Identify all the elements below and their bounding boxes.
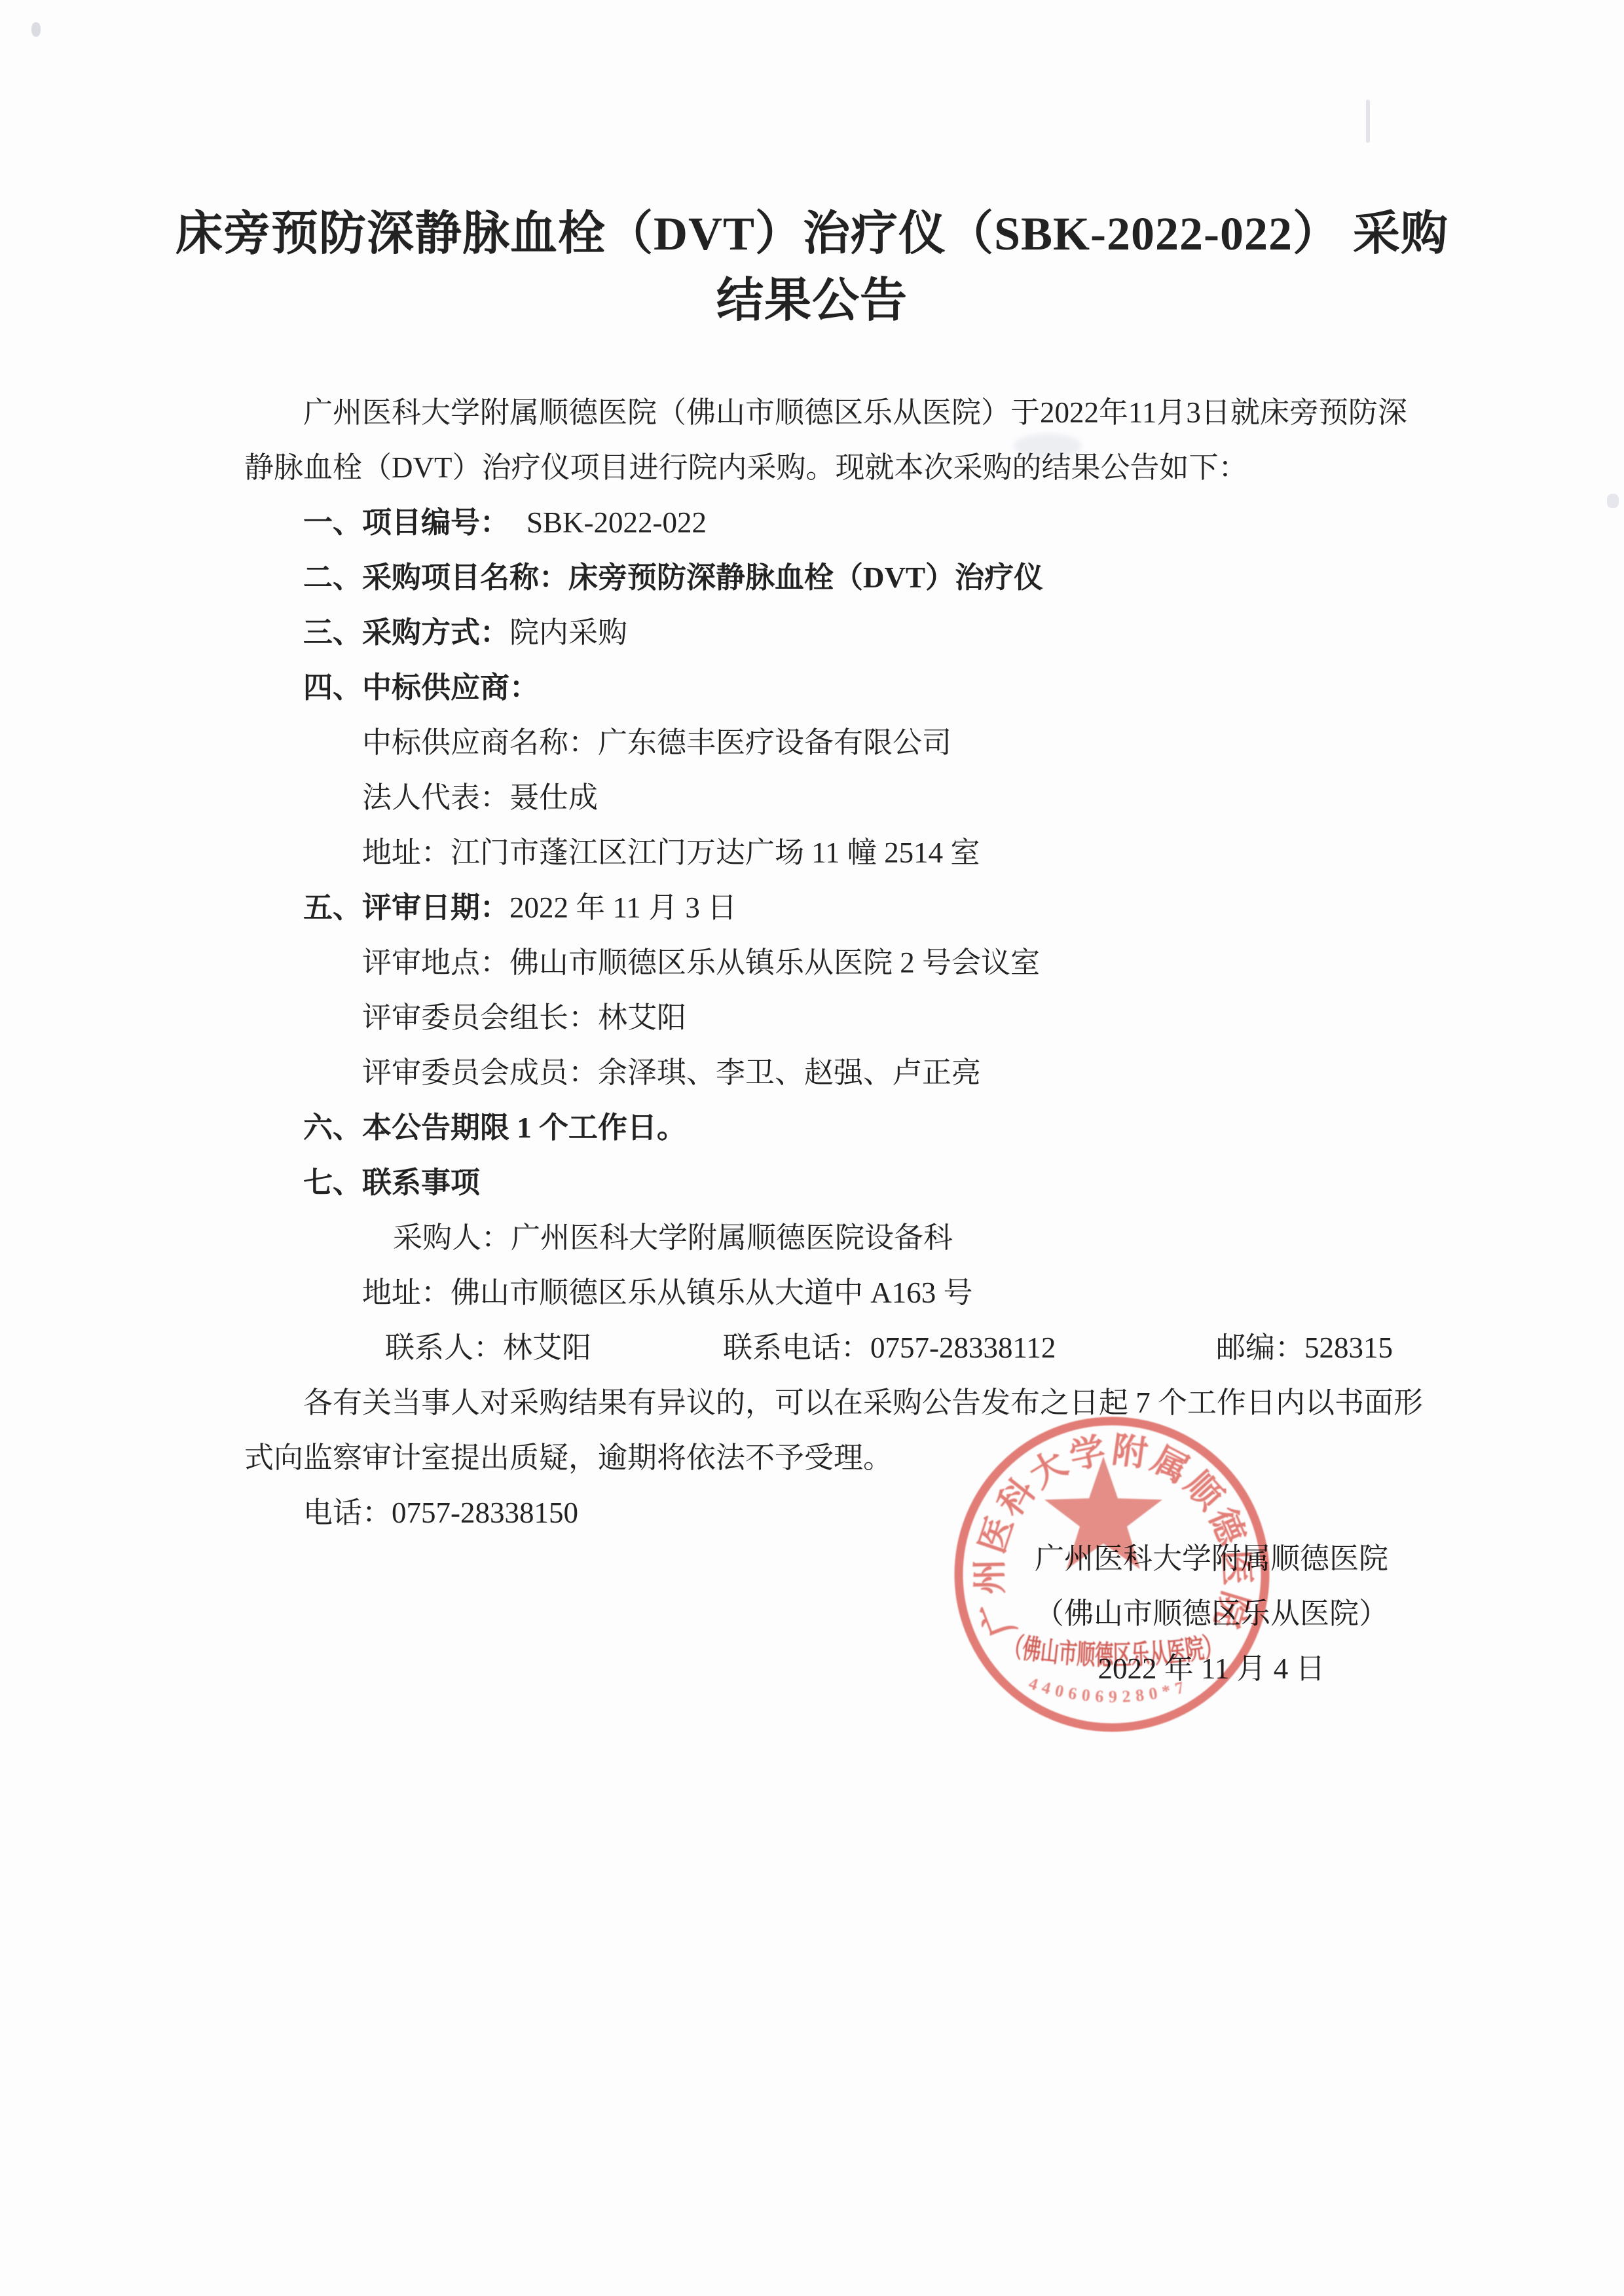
intro-text: 静脉血栓（DVT）治疗仪项目进行院内采购。现就本次采购的结果公告如下： — [244, 451, 1248, 484]
item-label: 四、中标供应商： — [303, 671, 539, 704]
item-label: 五、评审日期： — [303, 891, 509, 924]
review-place-line: 评审地点：佛山市顺德区乐从镇乐从医院 2 号会议室 — [244, 935, 1403, 990]
item-procurement-method: 三、采购方式：院内采购 — [244, 605, 1403, 660]
committee-chief: 评审委员会组长：林艾阳 — [362, 1001, 686, 1034]
objection-text: 式向监察审计室提出质疑，逾期将依法不予受理。 — [244, 1441, 893, 1474]
legal-representative: 法人代表：聂仕成 — [362, 781, 598, 814]
scan-artifact — [1366, 100, 1370, 143]
review-place: 评审地点：佛山市顺德区乐从镇乐从医院 2 号会议室 — [362, 946, 1040, 979]
item-winning-supplier: 四、中标供应商： — [244, 660, 1403, 715]
intro-text: 广州医科大学附属顺德医院（佛山市顺德区乐从医院）于2022年11月3日就床旁预防… — [303, 396, 1407, 429]
scan-artifact — [1607, 494, 1619, 508]
item-value: 院内采购 — [509, 616, 627, 649]
item-text: 六、本公告期限 1 个工作日。 — [303, 1111, 686, 1144]
buyer-address-line: 地址：佛山市顺德区乐从镇乐从大道中 A163 号 — [244, 1265, 1403, 1320]
document-title: 床旁预防深静脉血栓（DVT）治疗仪（SBK-2022-022） 采购 结果公告 — [0, 200, 1624, 334]
supplier-name: 中标供应商名称：广东德丰医疗设备有限公司 — [362, 726, 951, 759]
item-value: 2022 年 11 月 3 日 — [509, 891, 737, 924]
seal-serial-number: 4406069280*7 — [1027, 1674, 1191, 1707]
item-contact-matters: 七、联系事项 — [244, 1155, 1403, 1210]
item-label: 三、采购方式： — [303, 616, 509, 649]
item-label: 一、项目编号： — [303, 506, 509, 539]
postal-code: 邮编：528315 — [1216, 1320, 1393, 1375]
document-body: 广州医科大学附属顺德医院（佛山市顺德区乐从医院）于2022年11月3日就床旁预防… — [244, 385, 1403, 1540]
official-seal-stamp: 广州医科大学附属顺德医院 （佛山市顺德区乐从医院） 4406069280*7 — [943, 1404, 1283, 1745]
item-review-date: 五、评审日期：2022 年 11 月 3 日 — [244, 880, 1403, 935]
objection-phone: 电话：0757-28338150 — [303, 1496, 578, 1529]
committee-chief-line: 评审委员会组长：林艾阳 — [244, 990, 1403, 1045]
buyer-address: 地址：佛山市顺德区乐从镇乐从大道中 A163 号 — [362, 1276, 973, 1309]
committee-members-line: 评审委员会成员：余泽琪、李卫、赵强、卢正亮 — [244, 1045, 1403, 1100]
scan-artifact — [31, 22, 41, 37]
item-value: SBK-2022-022 — [526, 506, 707, 539]
seal-inner-text: （佛山市顺德区乐从医院） — [1002, 1631, 1225, 1671]
contact-phone: 联系电话：0757-28338112 — [723, 1320, 1056, 1375]
buyer: 采购人：广州医科大学附属顺德医院设备科 — [393, 1221, 953, 1254]
buyer-line: 采购人：广州医科大学附属顺德医院设备科 — [244, 1210, 1403, 1265]
seal-serial-text-path: 4406069280*7 — [1027, 1674, 1191, 1707]
seal-inner-text-path: （佛山市顺德区乐从医院） — [1002, 1631, 1225, 1671]
item-project-name: 二、采购项目名称：床旁预防深静脉血栓（DVT）治疗仪 — [244, 550, 1403, 605]
committee-members: 评审委员会成员：余泽琪、李卫、赵强、卢正亮 — [362, 1056, 981, 1089]
item-label: 七、联系事项 — [303, 1166, 480, 1199]
intro-line-2: 静脉血栓（DVT）治疗仪项目进行院内采购。现就本次采购的结果公告如下： — [244, 440, 1403, 495]
intro-line-1: 广州医科大学附属顺德医院（佛山市顺德区乐从医院）于2022年11月3日就床旁预防… — [244, 385, 1403, 440]
legal-representative-line: 法人代表：聂仕成 — [244, 770, 1403, 825]
title-line-2: 结果公告 — [0, 267, 1624, 334]
contact-person: 联系人：林艾阳 — [385, 1320, 591, 1375]
supplier-name-line: 中标供应商名称：广东德丰医疗设备有限公司 — [244, 715, 1403, 770]
item-project-number: 一、项目编号：SBK-2022-022 — [244, 495, 1403, 550]
title-line-1: 床旁预防深静脉血栓（DVT）治疗仪（SBK-2022-022） 采购 — [0, 200, 1624, 267]
item-notice-period: 六、本公告期限 1 个工作日。 — [244, 1100, 1403, 1155]
supplier-address: 地址：江门市蓬江区江门万达广场 11 幢 2514 室 — [362, 836, 980, 869]
item-text: 二、采购项目名称：床旁预防深静脉血栓（DVT）治疗仪 — [303, 561, 1043, 594]
supplier-address-line: 地址：江门市蓬江区江门万达广场 11 幢 2514 室 — [244, 825, 1403, 880]
contact-line: 联系人：林艾阳 联系电话：0757-28338112 邮编：528315 — [244, 1320, 1403, 1375]
document-page: 床旁预防深静脉血栓（DVT）治疗仪（SBK-2022-022） 采购 结果公告 … — [0, 0, 1624, 2296]
